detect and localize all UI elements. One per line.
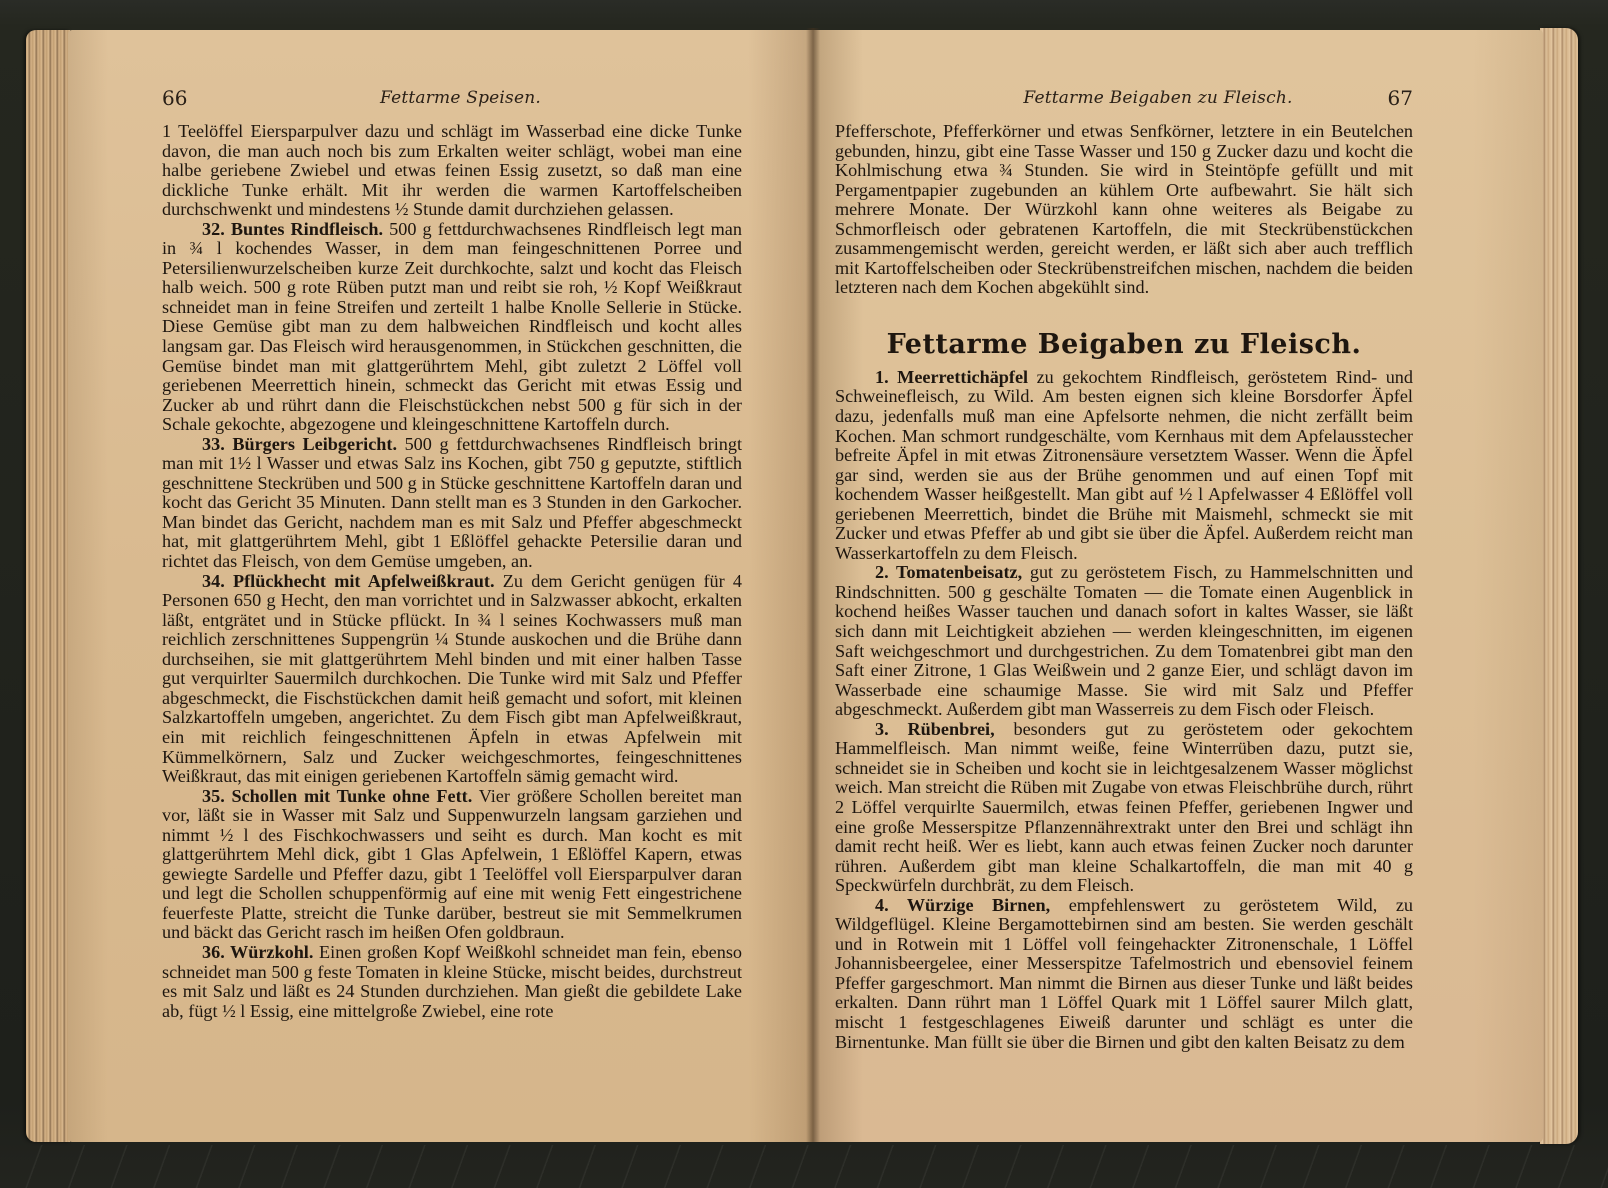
paragraph-text: 500 g fettdurchwachsenes Rindfleisch leg…: [162, 219, 742, 434]
paragraph-text: gut zu geröstetem Fisch, zu Hammelschnit…: [835, 562, 1413, 719]
running-head-title: Fettarme Speisen.: [68, 88, 813, 108]
right-text-block: Pfefferschote, Pfefferkörner und etwas S…: [835, 122, 1413, 1052]
continuation-paragraph: Pfefferschote, Pfefferkörner und etwas S…: [835, 122, 1413, 298]
paragraph-text: besonders gut zu geröstetem oder gekocht…: [835, 719, 1413, 895]
recipe-34: 34. Pflückhecht mit Apfelweißkraut. Zu d…: [162, 572, 742, 787]
recipe-32: 32. Buntes Rindfleisch. 500 g fettdurchw…: [162, 220, 742, 435]
recipe-title: 4. Würzige Birnen,: [875, 895, 1050, 915]
paragraph: 1 Teelöffel Eiersparpulver dazu und schl…: [162, 122, 742, 220]
paragraph-text: 500 g fettdurchwachsenes Rindfleisch bri…: [162, 434, 742, 571]
page-number: 67: [1388, 86, 1413, 110]
right-page: Fettarme Beigaben zu Fleisch. 67 Pfeffer…: [813, 30, 1543, 1142]
right-running-head: Fettarme Beigaben zu Fleisch. 67: [813, 86, 1543, 114]
right-page-edges: [1540, 28, 1578, 1144]
recipe-35: 35. Schollen mit Tunke ohne Fett. Vier g…: [162, 787, 742, 943]
section-heading: Fettarme Beigaben zu Fleisch.: [835, 328, 1413, 362]
paragraph-text: Zu dem Gericht genügen für 4 Personen 65…: [162, 571, 742, 786]
recipe-33: 33. Bürgers Leibgericht. 500 g fettdurch…: [162, 435, 742, 572]
paragraph-text: empfehlenswert zu geröstetem Wild, zu Wi…: [835, 895, 1413, 1052]
book-gutter: [806, 28, 820, 1142]
recipe-title: 34. Pflückhecht mit Apfelweißkraut.: [202, 571, 495, 591]
left-page: 66 Fettarme Speisen. 1 Teelöffel Eierspa…: [68, 30, 813, 1142]
paragraph-text: 1 Teelöffel Eiersparpulver dazu und schl…: [162, 121, 742, 219]
recipe-4: 4. Würzige Birnen, empfehlenswert zu ger…: [835, 896, 1413, 1052]
recipe-title: 2. Tomatenbeisatz,: [875, 562, 1022, 582]
scanner-bed-texture: [0, 1145, 1608, 1188]
open-book: 66 Fettarme Speisen. 1 Teelöffel Eierspa…: [0, 0, 1608, 1188]
recipe-title: 33. Bürgers Leibgericht.: [202, 434, 397, 454]
recipe-2: 2. Tomatenbeisatz, gut zu geröstetem Fis…: [835, 563, 1413, 719]
recipe-title: 1. Meerrettichäpfel: [875, 367, 1028, 387]
recipe-title: 3. Rübenbrei,: [875, 719, 995, 739]
recipe-1: 1. Meerrettichäpfel zu gekochtem Rindfle…: [835, 368, 1413, 563]
left-running-head: 66 Fettarme Speisen.: [68, 86, 813, 114]
recipe-title: 36. Würzkohl.: [202, 942, 313, 962]
recipe-title: 32. Buntes Rindfleisch.: [202, 219, 383, 239]
left-text-block: 1 Teelöffel Eiersparpulver dazu und schl…: [162, 122, 742, 1021]
running-head-title: Fettarme Beigaben zu Fleisch.: [813, 88, 1543, 108]
paragraph-text: Vier größere Schollen bereitet man vor, …: [162, 786, 742, 943]
paragraph-text: zu gekochtem Rindfleisch, geröstetem Rin…: [835, 367, 1413, 563]
paragraph-text: Pfefferschote, Pfefferkörner und etwas S…: [835, 121, 1413, 297]
recipe-3: 3. Rübenbrei, besonders gut zu geröstete…: [835, 720, 1413, 896]
left-page-edges: [26, 30, 70, 1142]
recipe-36: 36. Würzkohl. Einen großen Kopf Weißkohl…: [162, 943, 742, 1021]
recipe-title: 35. Schollen mit Tunke ohne Fett.: [202, 786, 472, 806]
